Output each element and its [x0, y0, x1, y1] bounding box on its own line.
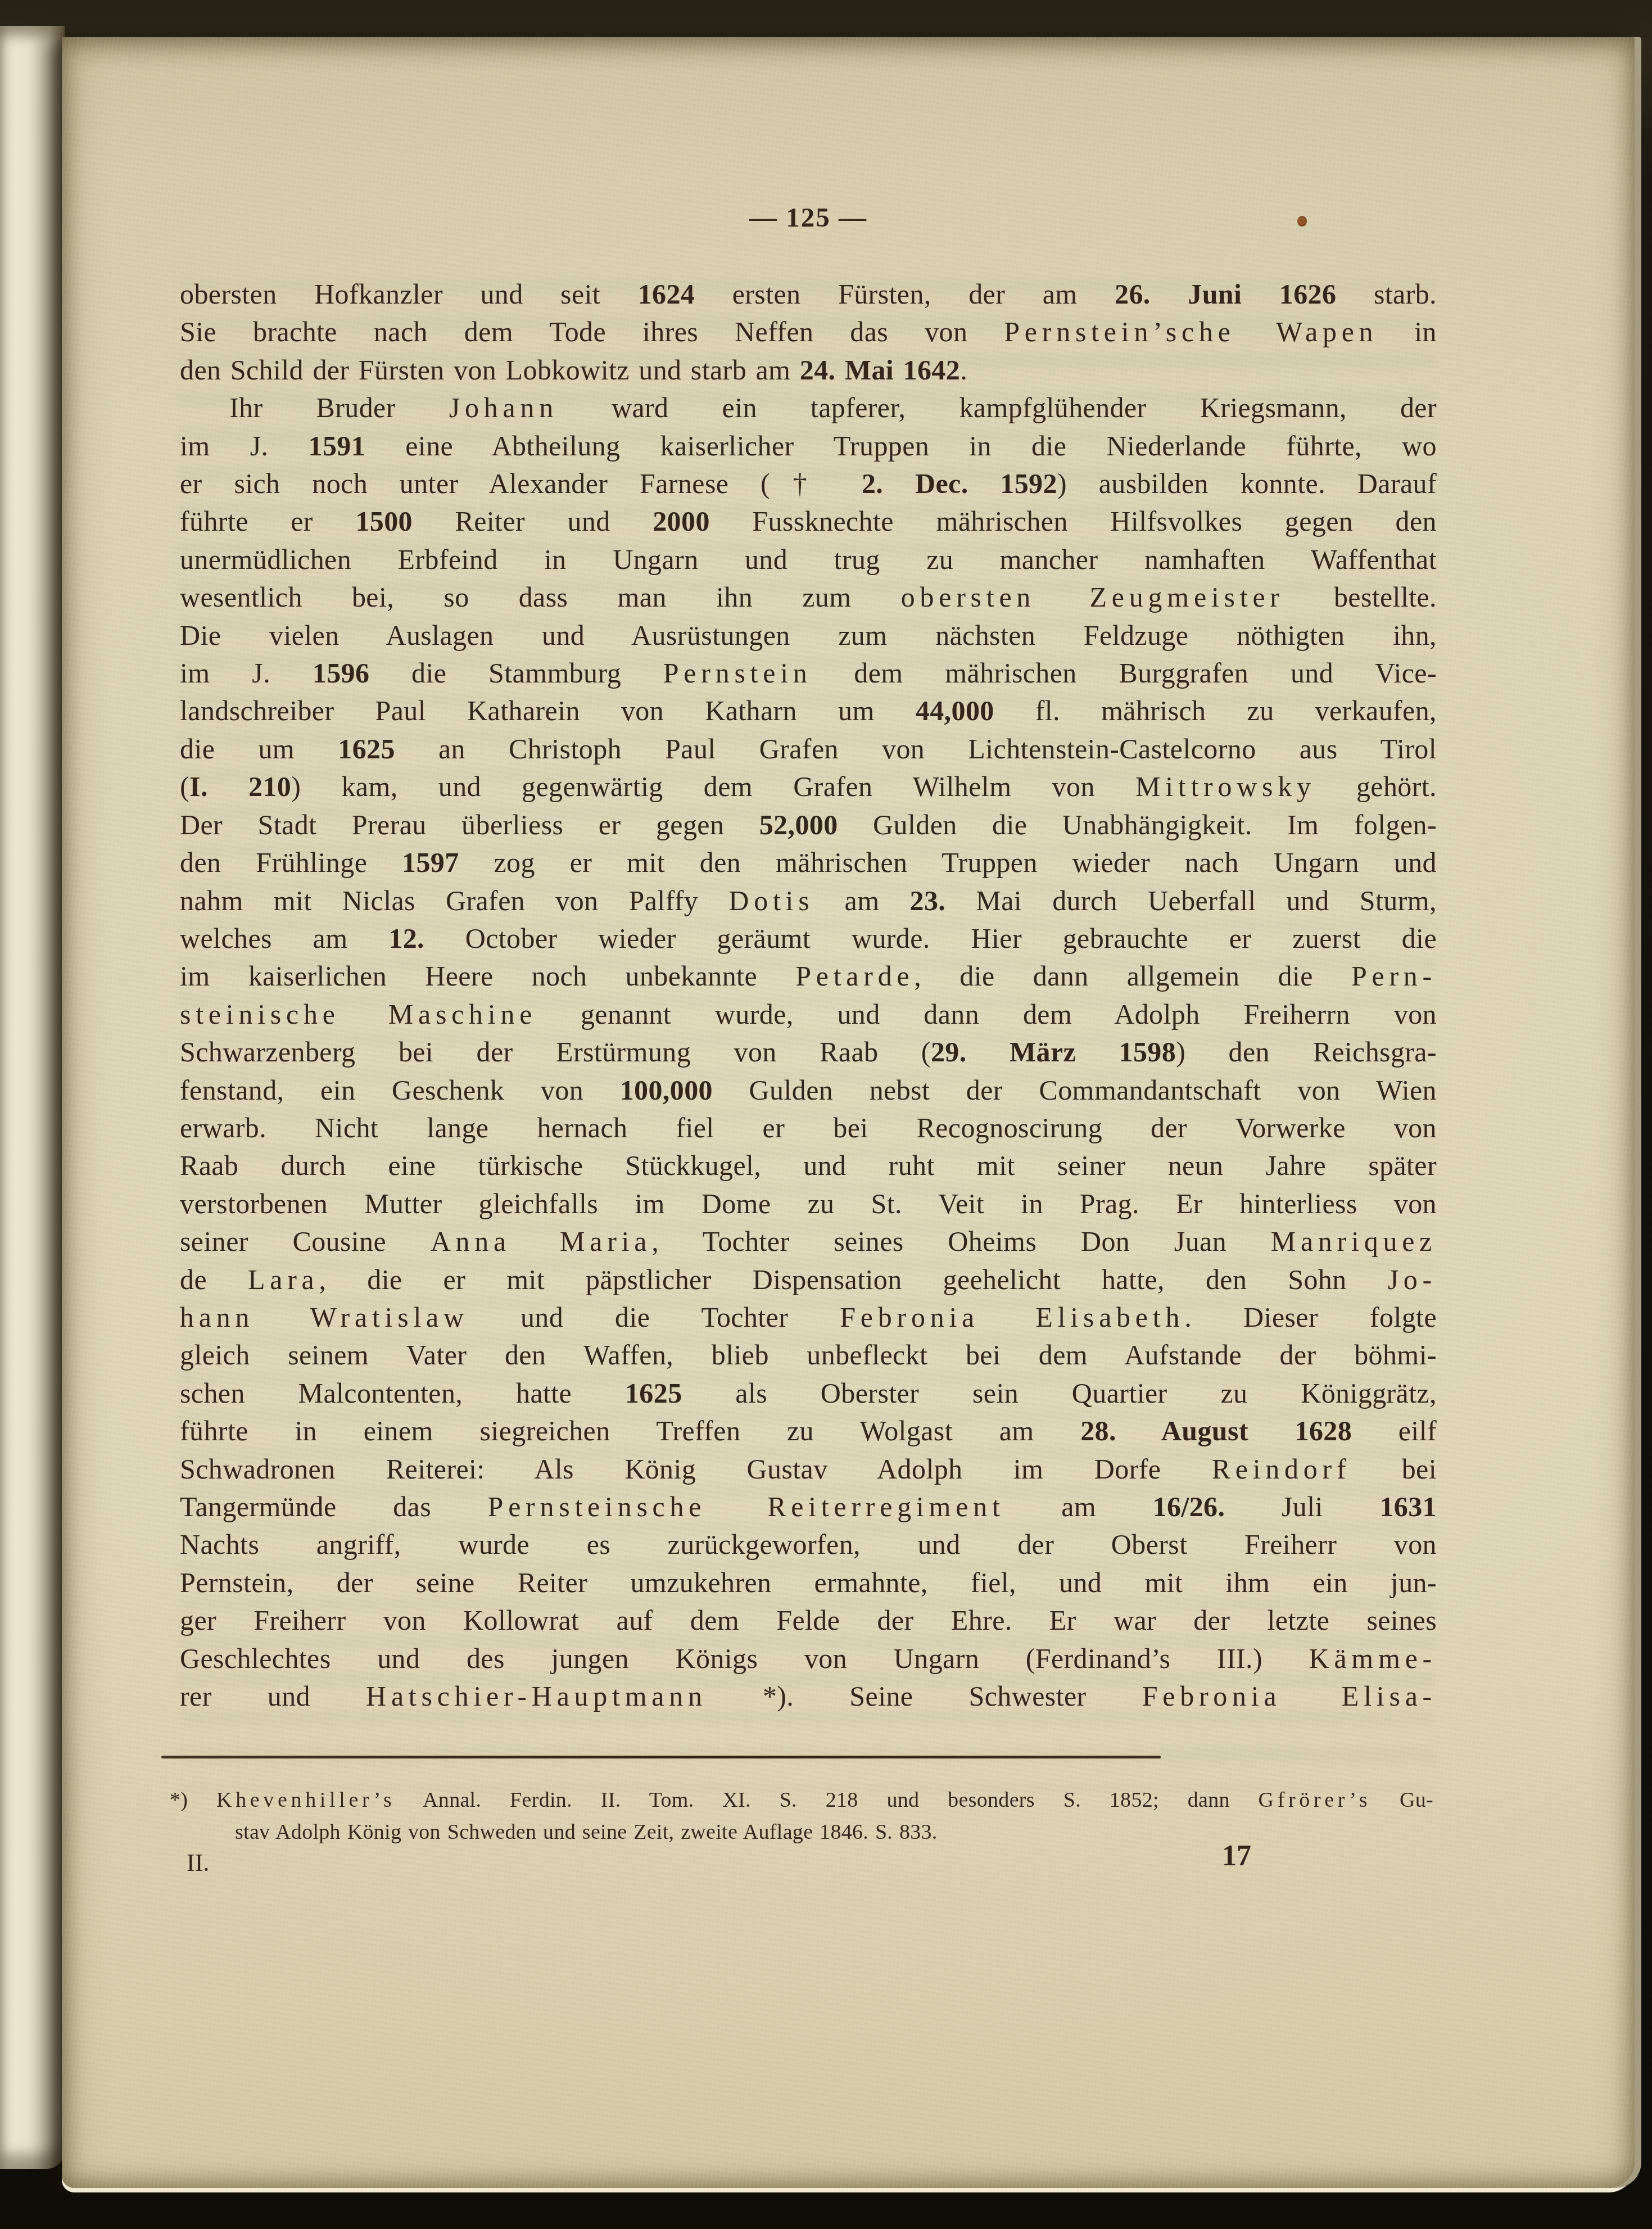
text-line: welches am 12. October wieder geräumt wu… [180, 920, 1437, 957]
text-line: verstorbenen Mutter gleichfalls im Dome … [180, 1185, 1437, 1223]
text-line: obersten Hofkanzler und seit 1624 ersten… [180, 275, 1437, 313]
text-line: Pernstein, der seine Reiter umzukehren e… [180, 1564, 1437, 1602]
footnote-rule [161, 1756, 1161, 1758]
underlying-page-edge [0, 26, 65, 2169]
text-line: landschreiber Paul Katharein von Katharn… [180, 692, 1437, 730]
text-line: führte in einem siegreichen Treffen zu W… [180, 1412, 1437, 1450]
text-line: den Schild der Fürsten von Lobkowitz und… [180, 351, 1437, 389]
page-number: — 125 — [180, 201, 1437, 233]
text-line: Die vielen Auslagen und Ausrüstungen zum… [180, 617, 1437, 654]
signature-volume: II. [187, 1848, 209, 1877]
text-line: nahm mit Niclas Grafen von Palffy Dotis … [180, 882, 1437, 920]
text-line: (I. 210) kam, und gegenwärtig dem Grafen… [180, 768, 1437, 806]
text-line: im J. 1591 eine Abtheilung kaiserlicher … [180, 427, 1437, 465]
text-line: Sie brachte nach dem Tode ihres Neffen d… [180, 313, 1437, 351]
text-line: Der Stadt Prerau überliess er gegen 52,0… [180, 806, 1437, 844]
text-line: Geschlechtes und des jungen Königs von U… [180, 1640, 1437, 1678]
text-line: rer und Hatschier-Hauptmann *). Seine Sc… [180, 1678, 1437, 1715]
text-line: Schwadronen Reiterei: Als König Gustav A… [180, 1450, 1437, 1488]
text-line: steinische Maschine genannt wurde, und d… [180, 996, 1437, 1033]
text-line: schen Malcontenten, hatte 1625 als Obers… [180, 1375, 1437, 1412]
text-line: er sich noch unter Alexander Farnese († … [180, 465, 1437, 503]
text-line: Nachts angriff, wurde es zurückgeworfen,… [180, 1526, 1437, 1563]
text-line: erwarb. Nicht lange hernach fiel er bei … [180, 1109, 1437, 1147]
text-line: im J. 1596 die Stammburg Pernstein dem m… [180, 654, 1437, 692]
text-line: hann Wratislaw und die Tochter Febronia … [180, 1299, 1437, 1336]
text-line: ger Freiherr von Kollowrat auf dem Felde… [180, 1602, 1437, 1639]
text-line: den Frühlinge 1597 zog er mit den mähris… [180, 844, 1437, 881]
text-line: führte er 1500 Reiter und 2000 Fussknech… [180, 503, 1437, 540]
text-line: Schwarzenberg bei der Erstürmung von Raa… [180, 1033, 1437, 1071]
text-line: wesentlich bei, so dass man ihn zum ober… [180, 578, 1437, 616]
text-line: die um 1625 an Christoph Paul Grafen von… [180, 730, 1437, 768]
text-line: fenstand, ein Geschenk von 100,000 Gulde… [180, 1071, 1437, 1109]
text-line: gleich seinem Vater den Waffen, blieb un… [180, 1336, 1437, 1374]
text-line: Raab durch eine türkische Stückkugel, un… [180, 1147, 1437, 1184]
ink-speck [1297, 216, 1307, 227]
footnote-text: *) Khevenhiller’s Annal. Ferdin. II. Tom… [170, 1784, 1433, 1848]
body-text: obersten Hofkanzler und seit 1624 ersten… [180, 275, 1437, 1715]
text-line: seiner Cousine Anna Maria, Tochter seine… [180, 1223, 1437, 1260]
book-page: — 125 — obersten Hofkanzler und seit 162… [62, 37, 1635, 2188]
signature-sheet: 17 [1222, 1839, 1251, 1873]
text-line: unermüdlichen Erbfeind in Ungarn und tru… [180, 541, 1437, 578]
text-line: Tangermünde das Pernsteinsche Reiterregi… [180, 1488, 1437, 1526]
text-line: de Lara, die er mit päpstlicher Dispensa… [180, 1261, 1437, 1299]
text-line: im kaiserlichen Heere noch unbekannte Pe… [180, 957, 1437, 995]
text-line: Ihr Bruder Johann ward ein tapferer, kam… [180, 389, 1437, 427]
text-line: *) Khevenhiller’s Annal. Ferdin. II. Tom… [170, 1784, 1433, 1816]
scan-background: — 125 — obersten Hofkanzler und seit 162… [0, 0, 1652, 2229]
